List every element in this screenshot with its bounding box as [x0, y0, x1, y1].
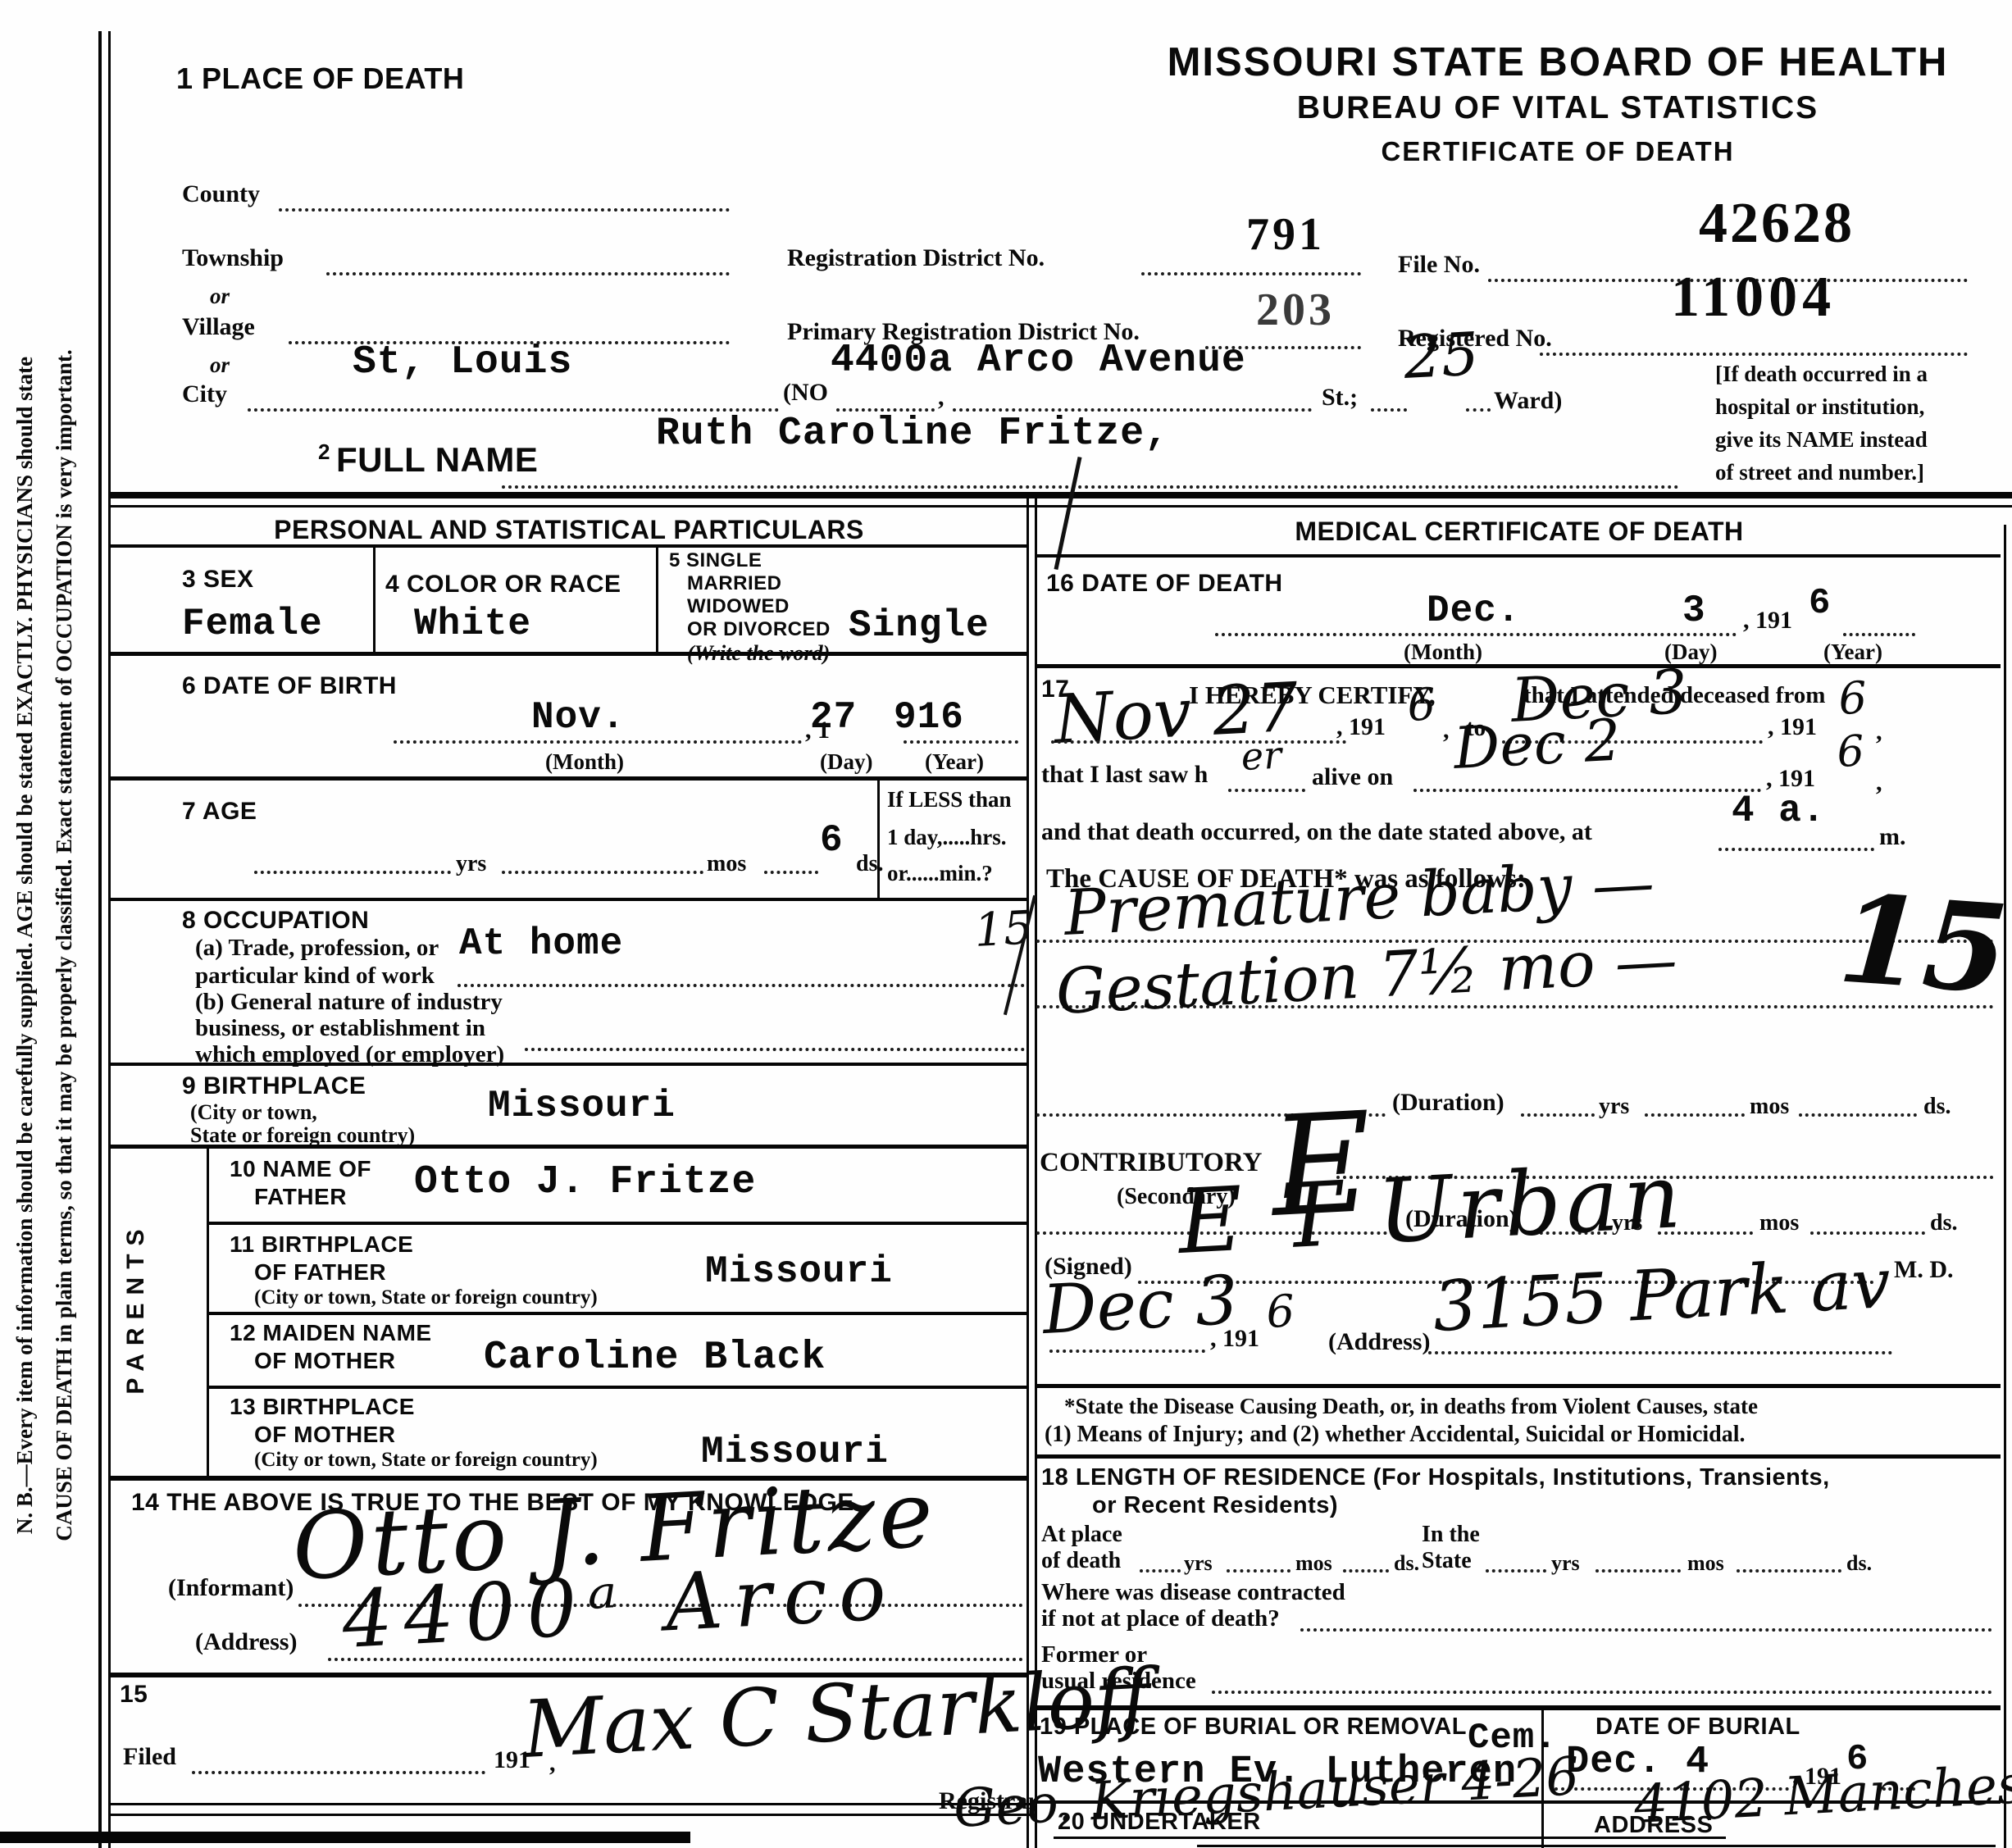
medical-title: MEDICAL CERTIFICATE OF DEATH [1036, 518, 2002, 544]
duration1-label: (Duration) [1392, 1090, 1504, 1115]
date-of-death-pre191: , 191 [1743, 608, 1792, 633]
hospital-note-line4: of street and number.] [1715, 456, 1928, 489]
registered-no-line [1540, 353, 1968, 356]
right-border [2004, 525, 2006, 1848]
medical-title-rule [1036, 554, 2001, 558]
father-name-label2: FATHER [254, 1186, 347, 1208]
mother-name-value: Caroline Black [484, 1338, 826, 1377]
dod-line-1 [1215, 633, 1737, 636]
at-place-ds: ds. [1394, 1553, 1419, 1574]
column-divider-outer [1026, 492, 1029, 1848]
death-certificate-scan: N. B.—Every item of information should b… [0, 0, 2012, 1848]
date-of-death-day: 3 [1682, 592, 1706, 630]
no-comma: , [938, 385, 945, 410]
reg-district-value: 791 [1246, 212, 1325, 257]
color-race-label: 4 COLOR OR RACE [385, 572, 621, 597]
marital-label-4: OR DIVORCED [687, 620, 831, 640]
father-bp-value: Missouri [705, 1253, 893, 1290]
hospital-note-line3: give its NAME instead [1715, 423, 1928, 456]
file-no-label: File No. [1398, 253, 1480, 277]
last-saw-label2: alive on [1312, 765, 1393, 790]
left-border-inner [108, 31, 111, 1848]
in-the-yrs: yrs [1551, 1553, 1580, 1574]
informant-address-line [328, 1658, 1023, 1661]
in-the-ds: ds. [1846, 1553, 1872, 1574]
row1-bottom-rule [110, 652, 1026, 656]
street-value: 4400a Arco Avenue [831, 341, 1246, 380]
mother-name-label1: 12 MAIDEN NAME [230, 1322, 432, 1345]
village-label: Village [182, 315, 255, 339]
marital-label-2: MARRIED [687, 574, 782, 594]
dod-line-2 [1843, 633, 1915, 636]
age-mos-label: mos [707, 853, 746, 876]
marital-label-1: 5 SINGLE [669, 551, 762, 571]
city-value: St, Louis [353, 343, 572, 382]
occurred-line [1718, 848, 1874, 851]
age-label: 7 AGE [182, 799, 257, 824]
former-label2: usual residence [1041, 1669, 1196, 1693]
at-place-yrs: yrs [1184, 1553, 1213, 1574]
father-bp-row-rule [207, 1312, 1026, 1315]
column-divider-inner [1035, 492, 1037, 1848]
registered-no-value: 11004 [1671, 269, 1836, 326]
mother-row-rule [207, 1386, 1026, 1389]
father-name-value: Otto J. Fritze [414, 1163, 756, 1202]
saw-year-script: 6 [1836, 730, 1865, 774]
marital-value: Single [849, 607, 990, 644]
duration1-yrs: yrs [1599, 1095, 1629, 1118]
age-subcell-divider [877, 776, 880, 898]
at-place-label1: At place [1041, 1523, 1122, 1546]
to-comma: , [1876, 720, 1882, 744]
duration2-mos: mos [1759, 1212, 1799, 1235]
cause-code-script: 151 [1835, 877, 2012, 1016]
parents-vertical-label: PARENTS [123, 1156, 149, 1459]
occurred-m-label: m. [1879, 825, 1906, 849]
burial-label: 19 PLACE OF BURIAL OR REMOVAL [1040, 1715, 1467, 1739]
occupation-a-line2: particular kind of work [195, 964, 435, 988]
from-pre191: , 191 [1336, 715, 1386, 740]
duration1-line-2 [1645, 1113, 1745, 1117]
note-bottom-rule [1036, 1454, 2001, 1459]
duration2-ds: ds. [1930, 1212, 1957, 1235]
age-days-value: 6 [820, 822, 844, 859]
dob-line-2 [904, 740, 1018, 744]
duration1-mos: mos [1750, 1095, 1789, 1118]
or-label-1: or [210, 285, 230, 307]
reg-district-label: Registration District No. [787, 246, 1045, 271]
less-than-line3: or......min.? [887, 863, 993, 885]
age-line-2 [502, 871, 703, 874]
margin-note-line1: N. B.—Every item of information should b… [13, 56, 36, 1835]
occupation-b-line1: (b) General nature of industry [195, 990, 503, 1014]
bottom-heavy-bar [0, 1832, 690, 1843]
or-label-2: or [210, 354, 230, 376]
parents-gutter-divider [207, 1145, 209, 1476]
org-subtitle: BUREAU OF VITAL STATISTICS [1148, 92, 1968, 124]
mother-name-label2: OF MOTHER [254, 1350, 396, 1372]
dob-day-label: (Day) [820, 751, 872, 773]
cause-note-line2: (1) Means of Injury; and (2) whether Acc… [1045, 1423, 1746, 1446]
md-label: M. D. [1894, 1258, 1953, 1282]
occupation-a-line [457, 984, 1025, 987]
color-race-value: White [414, 605, 531, 643]
informant-label: (Informant) [168, 1576, 294, 1600]
registered-no-label: Registered No. [1398, 326, 1552, 351]
father-bp-label2: OF FATHER [254, 1261, 386, 1284]
former-label1: Former or [1041, 1643, 1147, 1667]
in-the-line2 [1595, 1569, 1681, 1573]
dob-line-1 [394, 740, 802, 744]
occupation-value: At home [459, 925, 623, 963]
duration1-line-3 [1799, 1113, 1917, 1117]
city-label: City [182, 382, 227, 407]
occupation-label: 8 OCCUPATION [182, 908, 369, 933]
date-of-death-label: 16 DATE OF DEATH [1046, 571, 1283, 596]
at-place-line2 [1227, 1569, 1291, 1573]
dob-label: 6 DATE OF BIRTH [182, 674, 397, 699]
birthplace-sub2: State or foreign country) [190, 1125, 415, 1146]
st-label: St.; [1322, 385, 1358, 410]
org-title: MISSOURI STATE BOARD OF HEALTH [1148, 43, 1968, 83]
mother-bp-label1: 13 BIRTHPLACE [230, 1395, 415, 1418]
physician-signature: E T Urban [1176, 1153, 1687, 1268]
date-of-death-year: 6 [1809, 585, 1831, 621]
dob-month-label: (Month) [545, 751, 624, 773]
occupation-b-line [525, 1048, 1025, 1051]
less-than-line2: 1 day,.....hrs. [887, 826, 1007, 849]
last-saw-line1 [1228, 789, 1305, 792]
dob-month-value: Nov. [531, 699, 625, 736]
occupation-b-line2: business, or establishment in [195, 1017, 485, 1040]
signed-date-line [1049, 1350, 1205, 1353]
father-name-label1: 10 NAME OF [230, 1158, 371, 1181]
hospital-note-line2: hospital or institution, [1715, 390, 1928, 423]
birthplace-value: Missouri [488, 1087, 676, 1125]
in-the-line1 [1486, 1569, 1546, 1573]
burial-top-rule [1036, 1705, 2001, 1710]
saw-comma: , [1876, 771, 1882, 795]
contracted-label1: Where was disease contracted [1041, 1581, 1345, 1604]
death-occurred-time: 4 a. [1732, 792, 1825, 830]
age-line-3 [764, 871, 818, 874]
dod-month-label: (Month) [1404, 641, 1482, 663]
father-bp-label1: 11 BIRTHPLACE [230, 1233, 413, 1256]
color-marital-divider [656, 544, 658, 652]
death-occurred-label: and that death occurred, on the date sta… [1041, 820, 1592, 844]
place-of-death-label: 1 PLACE OF DEATH [176, 64, 464, 93]
ink-stroke-medical-title [1054, 457, 1082, 570]
signed-pre191: , 191 [1210, 1327, 1259, 1351]
last-saw-line2 [1413, 789, 1761, 792]
from-comma: , [1443, 718, 1450, 743]
in-the-label1: In the [1422, 1523, 1480, 1546]
no-label: (NO [783, 380, 828, 405]
county-label: County [182, 182, 260, 207]
marital-label-3: WIDOWED [687, 597, 790, 617]
mother-bp-label2: OF MOTHER [254, 1423, 396, 1446]
burial-date-label: DATE OF BURIAL [1595, 1715, 1800, 1739]
personal-title-rule [110, 544, 1026, 548]
residence-label-line2: or Recent Residents) [1092, 1494, 1338, 1518]
sex-color-divider [373, 544, 376, 652]
left-panel-bottom-rule1 [110, 1803, 1036, 1805]
filed-comma: , [549, 1751, 556, 1776]
duration2-line-3 [1810, 1231, 1925, 1235]
at-place-label2: of death [1041, 1550, 1121, 1573]
full-name-value: Ruth Caroline Fritze, [656, 414, 1169, 453]
occupation-a-line1: (a) Trade, profession, or [195, 936, 439, 960]
contracted-line [1300, 1628, 1992, 1632]
last-saw-date-script: Dec 2 [1452, 711, 1622, 777]
former-line [1212, 1691, 1992, 1694]
ward-line-2 [1466, 408, 1491, 412]
certificate-title: CERTIFICATE OF DEATH [1148, 138, 1968, 165]
township-label: Township [182, 246, 284, 271]
reg-district-line [1141, 272, 1361, 275]
at-place-line1 [1140, 1569, 1181, 1573]
primary-district-line [1205, 346, 1361, 349]
age-bottom-rule [110, 898, 1026, 901]
filed-number: 15 [120, 1682, 148, 1707]
residence-label-line1: 18 LENGTH OF RESIDENCE (For Hospitals, I… [1041, 1466, 1830, 1490]
birthplace-sub1: (City or town, [190, 1102, 317, 1123]
dob-bottom-rule [110, 776, 1026, 781]
undertaker-underline2 [1197, 1845, 1996, 1847]
saw-pre191: , 191 [1766, 767, 1815, 791]
ward-line-1 [1371, 408, 1407, 412]
duration1-line-1 [1521, 1113, 1595, 1117]
physician-address-label: (Address) [1328, 1330, 1430, 1354]
last-saw-label1: that I last saw h [1041, 762, 1208, 787]
filed-label: Filed [123, 1745, 176, 1769]
sex-value: Female [182, 605, 323, 643]
filed-year-label: 191 [494, 1748, 530, 1773]
cause-note-line1: *State the Disease Causing Death, or, in… [1064, 1395, 1758, 1418]
full-name-line [502, 485, 1679, 489]
left-border-outer [98, 31, 102, 1848]
contracted-label2: if not at place of death? [1041, 1607, 1280, 1631]
father-bp-sub: (City or town, State or foreign country) [254, 1287, 598, 1308]
dob-pre-year: , 1 [805, 718, 830, 743]
ward-label: Ward) [1494, 389, 1562, 413]
occupation-bottom-rule [110, 1063, 1026, 1066]
physician-address-script: 3155 Park av [1432, 1249, 1892, 1341]
note-top-rule [1036, 1384, 2001, 1388]
left-panel-bottom-rule2 [110, 1814, 1036, 1816]
file-no-value: 42628 [1699, 195, 1855, 253]
primary-district-label: Primary Registration District No. [787, 320, 1140, 344]
to-year-script: 6 [1837, 676, 1868, 721]
signed-year-script: 6 [1265, 1289, 1295, 1335]
date-of-death-month: Dec. [1427, 592, 1520, 630]
physician-address-line [1428, 1351, 1892, 1354]
in-the-label2: State [1422, 1550, 1472, 1573]
age-line-1 [254, 871, 451, 874]
undertaker-underline1 [1054, 1837, 1726, 1839]
hospital-note-line1: [If death occurred in a [1715, 357, 1928, 390]
at-place-mos: mos [1295, 1553, 1332, 1574]
township-line [326, 272, 730, 275]
age-yrs-label: yrs [456, 853, 486, 876]
header-divider-thick [110, 492, 2012, 498]
from-year-script: 6 [1406, 682, 1436, 728]
birthplace-label: 9 BIRTHPLACE [182, 1074, 366, 1099]
less-than-line1: If LESS than [887, 789, 1012, 811]
at-place-line3 [1343, 1569, 1389, 1573]
dob-year-label: (Year) [925, 751, 984, 773]
in-the-mos: mos [1687, 1553, 1724, 1574]
personal-title: PERSONAL AND STATISTICAL PARTICULARS [110, 517, 1028, 543]
from-line [1051, 740, 1346, 744]
dob-year-value: 916 [894, 699, 964, 736]
last-saw-pronoun-script: er [1240, 735, 1283, 776]
margin-note-line2: CAUSE OF DEATH in plain terms, so that i… [52, 56, 75, 1835]
birthplace-bottom-rule [110, 1145, 1026, 1149]
primary-district-value: 203 [1256, 287, 1335, 333]
full-name-label: FULL NAME [336, 443, 538, 477]
hospital-note: [If death occurred in a hospital or inst… [1715, 357, 1928, 489]
informant-address-label: (Address) [195, 1630, 297, 1655]
dod-year-label: (Year) [1823, 641, 1882, 663]
full-name-number: 2 [318, 441, 330, 462]
duration1-ds: ds. [1923, 1095, 1951, 1118]
father-row-rule [207, 1222, 1026, 1225]
in-the-line3 [1737, 1569, 1841, 1573]
county-line [279, 208, 730, 212]
to-pre191: , 191 [1768, 715, 1817, 740]
sex-label: 3 SEX [182, 567, 254, 592]
mother-bp-sub: (City or town, State or foreign country) [254, 1450, 598, 1470]
header-divider-thin [110, 505, 2012, 508]
filed-line [192, 1771, 485, 1774]
